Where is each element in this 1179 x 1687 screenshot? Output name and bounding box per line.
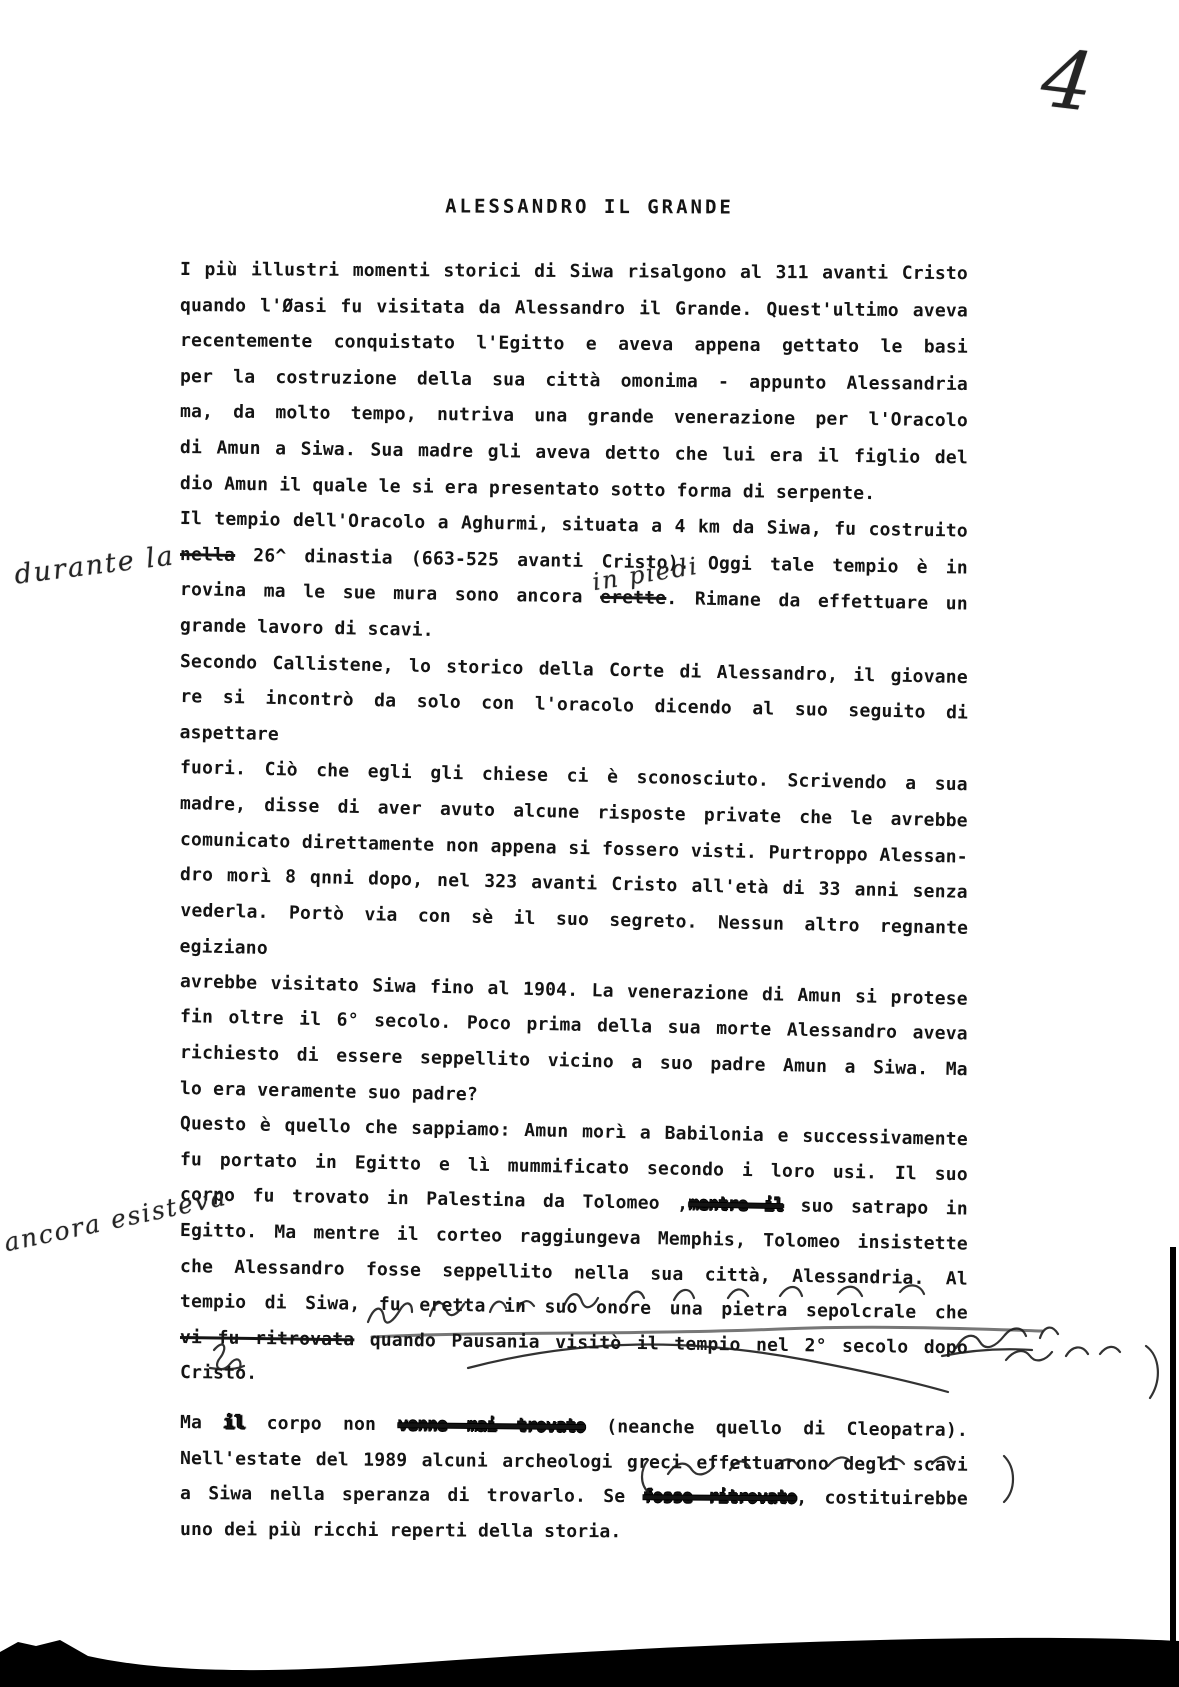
typed-text: Egitto. Ma mentre il corteo raggiungeva … [180, 1220, 968, 1255]
scan-artifact-right-edge [1170, 1247, 1176, 1687]
obliterated-text: fosse ritrovato [642, 1486, 796, 1508]
typed-text: , costituirebbe [796, 1487, 968, 1509]
typed-text: suo satrapo in [783, 1196, 968, 1220]
typed-text: Ma [180, 1412, 224, 1433]
handwritten-page-number: 4 [1037, 31, 1099, 130]
typed-text: quando l'Øasi fu visitata da Alessandro … [180, 295, 968, 322]
typed-text: I più illustri momenti storici di Siwa r… [180, 259, 968, 284]
obliterated-text: mentre il [688, 1194, 783, 1217]
paragraph: Il tempio dell'Oracolo a Aghurmi, situat… [180, 501, 968, 643]
typed-text: Cristo. [180, 1362, 258, 1384]
document-title: ALESSANDRO IL GRANDE [0, 194, 1179, 220]
paragraph: Ma il corpo non venne mai trovato (neanc… [180, 1405, 968, 1547]
typed-text: re si incontrò da solo con l'oracolo dic… [179, 686, 968, 745]
text-line: I più illustri momenti storici di Siwa r… [180, 252, 968, 292]
typed-text: quando Pausania visitò il tempio nel 2° … [354, 1329, 968, 1358]
typed-text: uno dei più ricchi reperti della storia. [180, 1519, 622, 1542]
text-line: quando l'Øasi fu visitata da Alessandro … [180, 288, 968, 329]
text-line: Cristo. [180, 1355, 968, 1400]
typed-text: tempio di Siwa, fu eretta in suo onore u… [180, 1291, 968, 1324]
text-line: uno dei più ricchi reperti della storia. [180, 1512, 968, 1552]
typed-text: Il tempio dell'Oracolo a Aghurmi, situat… [180, 508, 968, 542]
obliterated-text: venne mai trovato [397, 1414, 585, 1437]
typed-text: lo era veramente suo padre? [180, 1078, 478, 1105]
struck-text: nella [180, 544, 236, 566]
typed-text: ma, da molto tempo, nutriva una grande v… [180, 401, 968, 431]
text-line: recentemente conquistato l'Egitto e avev… [180, 323, 968, 365]
typed-text: per la costruzione della sua città omoni… [180, 366, 968, 395]
scan-artifact-bottom-edge [0, 1638, 1179, 1687]
paragraph: Questo è quello che sappiamo: Amun morì … [180, 1106, 968, 1391]
typed-text: vederla. Portò via con sè il suo segreto… [179, 900, 968, 959]
struck-text: vi fu ritrovata [180, 1327, 355, 1350]
typed-text: grande lavoro di scavi. [180, 615, 434, 641]
typed-text: dio Amun il quale le si era presentato s… [180, 473, 876, 504]
typed-text: a Siwa nella speranza di trovarlo. Se [180, 1483, 643, 1507]
text-line: a Siwa nella speranza di trovarlo. Se fo… [180, 1476, 968, 1517]
pen-scribbled-text: il [223, 1412, 245, 1433]
typed-text: di Amun a Siwa. Sua madre gli aveva dett… [180, 437, 968, 468]
typed-text: Nell'estate del 1989 alcuni archeologi g… [180, 1448, 968, 1476]
typed-text: corpo fu trovato in Palestina da Tolomeo… [180, 1184, 689, 1214]
typed-text: che Alessandro fosse seppellito nella su… [180, 1256, 968, 1290]
typed-text: recentemente conquistato l'Egitto e avev… [180, 330, 968, 358]
typed-text: corpo non [245, 1413, 397, 1436]
paragraph: I più illustri momenti storici di Siwa r… [180, 252, 968, 501]
typed-text: (neanche quello di Cleopatra). [585, 1416, 968, 1441]
handwritten-scrawl-cleopatra-margin [1006, 1346, 1158, 1398]
scanned-document-page: 4 ALESSANDRO IL GRANDE I più illustri mo… [0, 0, 1179, 1687]
typed-text: rovina ma le sue mura sono ancora [180, 579, 600, 608]
paragraph: Secondo Callistene, lo storico della Cor… [180, 644, 968, 1107]
handwritten-margin-note-durante-la: durante la [13, 540, 177, 590]
document-body: I più illustri momenti storici di Siwa r… [180, 252, 968, 1547]
typed-text: . Rimane da effettuare un [666, 588, 968, 615]
